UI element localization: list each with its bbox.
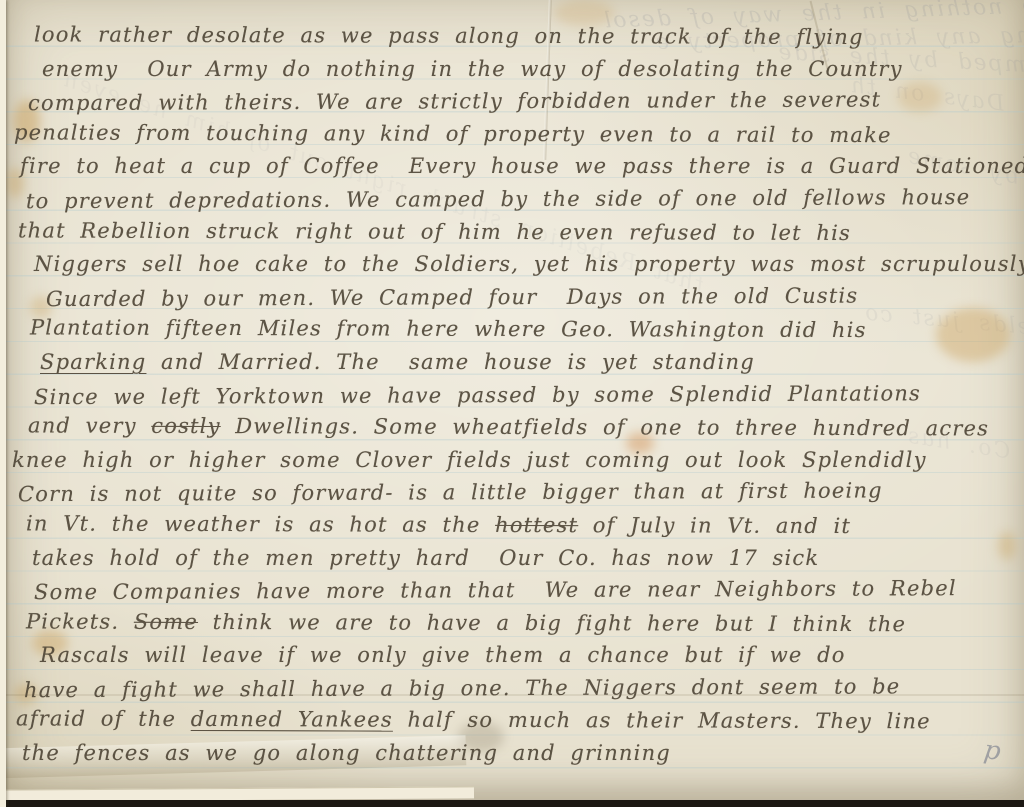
letter-text-segment: afraid of the [16, 707, 191, 732]
letter-text-segment: Some Companies have more than that We ar… [34, 576, 957, 604]
letter-text-segment: that Rebellion struck right out of him h… [18, 218, 851, 245]
letter-line: penalties from touching any kind of prop… [14, 116, 1024, 152]
letter-text-segment: think we are to have a big fight here bu… [198, 610, 906, 636]
letter-body: look rather desolate as we pass along on… [6, 0, 1024, 770]
letter-line: Rascals will leave if we only give them … [40, 639, 1024, 672]
letter-line: the fences as we go along chattering and… [22, 737, 1024, 770]
letter-text-segment: enemy Our Army do nothing in the way of … [42, 57, 903, 81]
letter-text-segment: look rather desolate as we pass along on… [34, 22, 864, 49]
letter-text-segment: penalties from touching any kind of prop… [14, 120, 892, 147]
letter-text-segment: Dwellings. Some wheatfields of one to th… [221, 414, 990, 440]
letter-line: takes hold of the men pretty hard Our Co… [32, 542, 1024, 575]
letter-text-segment: to prevent depredations. We camped by th… [26, 185, 970, 213]
letter-text-segment: Pickets. [26, 609, 134, 633]
letter-line: afraid of the damned Yankees half so muc… [16, 703, 1024, 739]
letter-text-segment: and Married. The same house is yet stand… [146, 350, 755, 374]
paper-left-edge [0, 0, 6, 807]
letter-line: in Vt. the weather is as hot as the hott… [26, 507, 1024, 543]
letter-text-segment: the fences as we go along chattering and… [22, 741, 671, 765]
letter-line: Pickets. Some think we are to have a big… [26, 605, 1024, 641]
letter-text-segment: hottest [495, 513, 578, 537]
letter-line: Guarded by our men. We Camped four Days … [46, 279, 1024, 316]
letter-line: enemy Our Army do nothing in the way of … [42, 53, 1024, 86]
letter-text-segment: Plantation fifteen Miles from here where… [30, 316, 867, 343]
letter-text-segment: Corn is not quite so forward- is a littl… [18, 479, 883, 507]
letter-line: compared with theirs. We are strictly fo… [28, 83, 1024, 120]
letter-text-segment: have a fight we shall have a big one. Th… [24, 674, 901, 702]
letter-text-segment: Guarded by our men. We Camped four Days … [46, 283, 858, 311]
letter-line: Sparking and Married. The same house is … [40, 346, 1024, 379]
letter-text-segment: knee high or higher some Clover fields j… [12, 448, 927, 472]
letter-line: to prevent depredations. We camped by th… [26, 181, 1024, 218]
letter-line: fire to heat a cup of Coffee Every house… [20, 150, 1024, 183]
letter-line: Corn is not quite so forward- is a littl… [18, 474, 1024, 511]
letter-text-segment: Some [134, 609, 198, 633]
letter-line: and very costly Dwellings. Some wheatfie… [28, 410, 1024, 446]
letter-line: look rather desolate as we pass along on… [34, 18, 1024, 54]
letter-text-segment: of July in Vt. and it [578, 513, 851, 538]
letter-text-segment: takes hold of the men pretty hard Our Co… [32, 546, 819, 570]
letter-line: Some Companies have more than that We ar… [34, 572, 1024, 609]
letter-text-segment: in Vt. the weather is as hot as the [26, 511, 495, 536]
letter-line: knee high or higher some Clover fields j… [12, 444, 1024, 477]
letter-text-segment: Rascals will leave if we only give them … [40, 643, 846, 667]
letter-text-segment: half so much as their Masters. They line [393, 708, 931, 734]
letter-text-segment: compared with theirs. We are strictly fo… [28, 88, 881, 116]
letter-scan: enemy Our Army do nothing in the way of … [0, 0, 1024, 807]
letter-text-segment: Sparking [40, 350, 146, 374]
letter-line: Plantation fifteen Miles from here where… [30, 312, 1024, 348]
letter-line: that Rebellion struck right out of him h… [18, 214, 1024, 250]
letter-line: Niggers sell hoe cake to the Soldiers, y… [34, 248, 1024, 281]
letter-text-segment: and very [28, 414, 151, 438]
letter-text-segment: fire to heat a cup of Coffee Every house… [20, 154, 1024, 178]
letter-line: have a fight we shall have a big one. Th… [24, 670, 1024, 707]
letter-paper: enemy Our Army do nothing in the way of … [6, 0, 1024, 800]
letter-text-segment: damned Yankees [191, 707, 393, 732]
letter-text-segment: Since we left Yorktown we have passed by… [34, 381, 921, 409]
letter-text-segment: costly [151, 414, 220, 438]
torn-bottom-edge [6, 786, 474, 800]
letter-text-segment: Niggers sell hoe cake to the Soldiers, y… [34, 252, 1024, 276]
letter-line: Since we left Yorktown we have passed by… [34, 376, 1024, 413]
